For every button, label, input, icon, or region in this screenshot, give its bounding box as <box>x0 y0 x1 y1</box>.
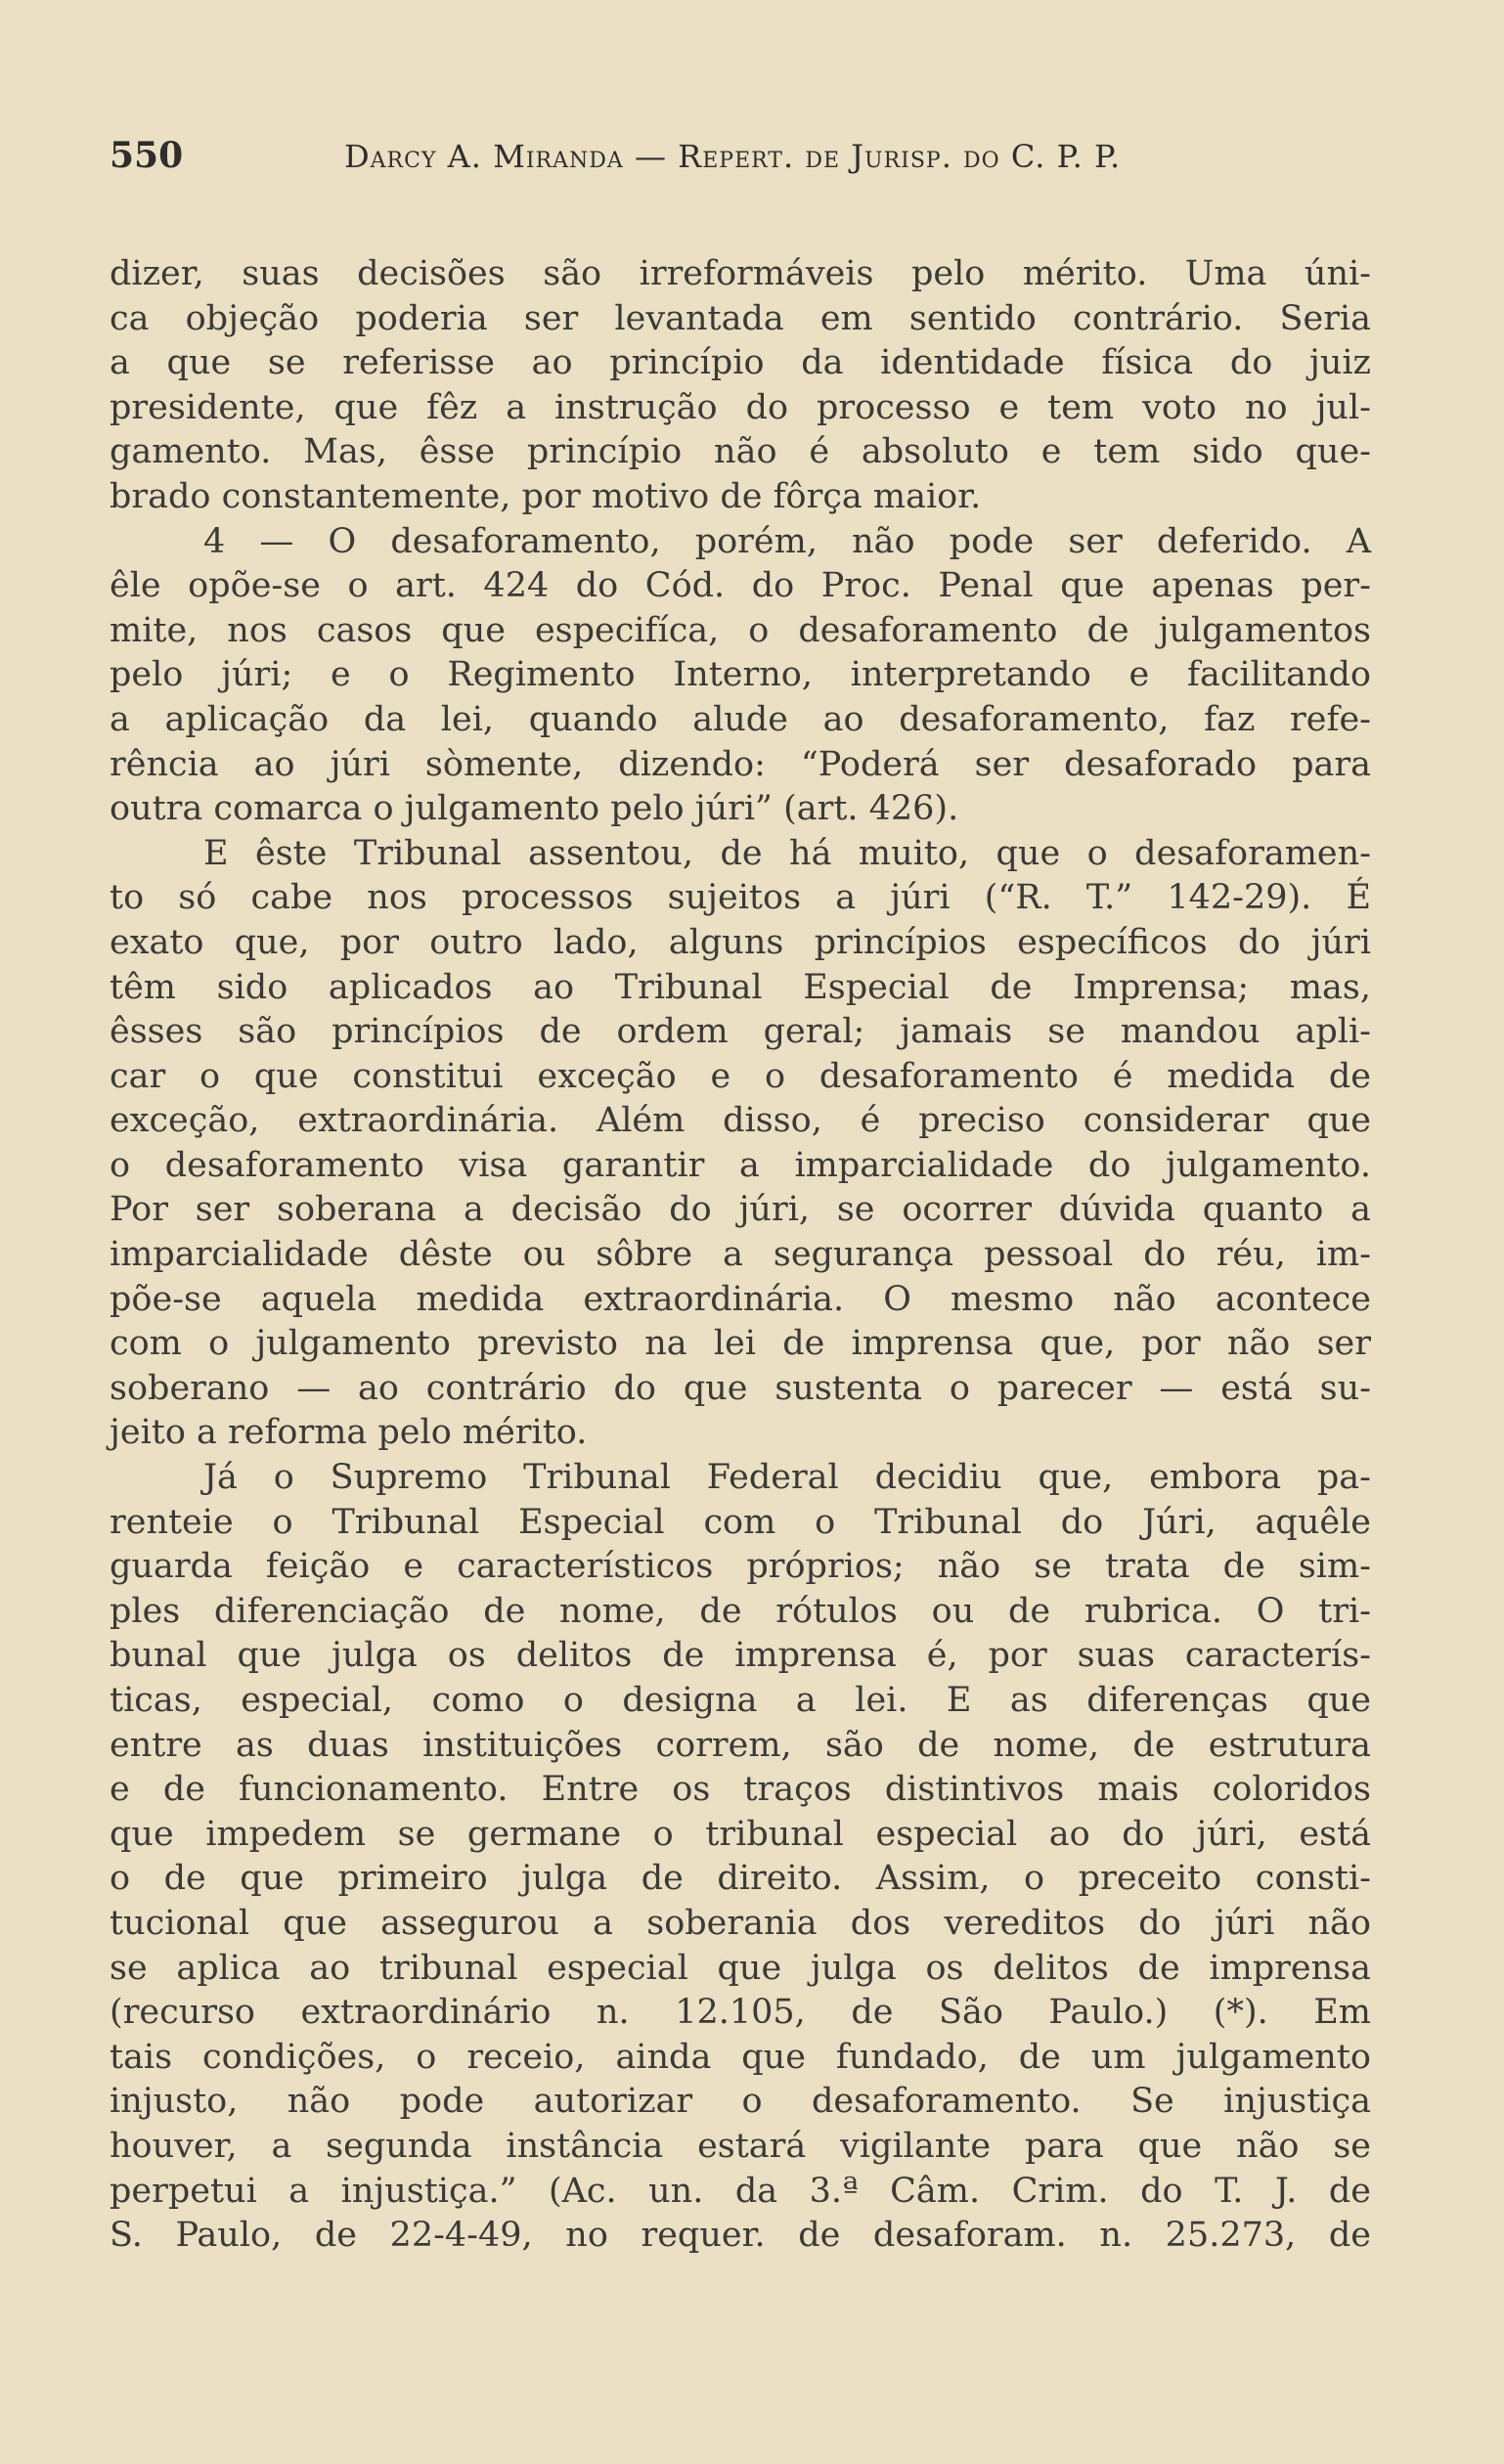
text-line: êle opõe-se o art. 424 do Cód. do Proc. … <box>110 564 1371 609</box>
text-line: S. Paulo, de 22-4-49, no requer. de desa… <box>110 2214 1371 2259</box>
text-line: guarda feição e característicos próprios… <box>110 1545 1371 1590</box>
text-line: a que se referisse ao princípio da ident… <box>110 341 1371 386</box>
text-line: têm sido aplicados ao Tribunal Especial … <box>110 966 1371 1011</box>
page-body: dizer, suas decisões são irreformáveis p… <box>110 252 1371 2259</box>
text-line: gamento. Mas, êsse princípio não é absol… <box>110 430 1371 475</box>
text-line: que impedem se germane o tribunal especi… <box>110 1813 1371 1858</box>
text-line: jeito a reforma pelo mérito. <box>110 1411 1371 1456</box>
text-line: Por ser soberana a decisão do júri, se o… <box>110 1188 1371 1233</box>
text-line: renteie o Tribunal Especial com o Tribun… <box>110 1501 1371 1546</box>
text-line: com o julgamento previsto na lei de impr… <box>110 1322 1371 1367</box>
text-line: outra comarca o julgamento pelo júri” (a… <box>110 787 1371 832</box>
text-line: se aplica ao tribunal especial que julga… <box>110 1947 1371 1992</box>
paragraph: dizer, suas decisões são irreformáveis p… <box>110 252 1371 520</box>
text-line: injusto, não pode autorizar o desaforame… <box>110 2080 1371 2125</box>
text-line: exceção, extraordinária. Além disso, é p… <box>110 1099 1371 1144</box>
text-line: tucional que assegurou a soberania dos v… <box>110 1902 1371 1947</box>
paragraph: Já o Supremo Tribunal Federal decidiu qu… <box>110 1456 1371 2259</box>
text-line: presidente, que fêz a instrução do proce… <box>110 386 1371 431</box>
text-line: Já o Supremo Tribunal Federal decidiu qu… <box>110 1456 1371 1501</box>
text-line: perpetui a injustiça.” (Ac. un. da 3.ª C… <box>110 2170 1371 2215</box>
page-number: 550 <box>110 135 344 176</box>
text-line: e de funcionamento. Entre os traços dist… <box>110 1768 1371 1813</box>
text-line: êsses são princípios de ordem geral; jam… <box>110 1010 1371 1055</box>
text-line: ca objeção poderia ser levantada em sent… <box>110 297 1371 342</box>
text-line: ples diferenciação de nome, de rótulos o… <box>110 1590 1371 1635</box>
text-line: tais condições, o receio, ainda que fund… <box>110 2036 1371 2081</box>
paragraph: 4 — O desaforamento, porém, não pode ser… <box>110 520 1371 832</box>
text-line: car o que constitui exceção e o desafora… <box>110 1055 1371 1100</box>
text-line: (recurso extraordinário n. 12.105, de Sã… <box>110 1991 1371 2036</box>
text-line: entre as duas instituições correm, são d… <box>110 1724 1371 1769</box>
text-line: põe-se aquela medida extraordinária. O m… <box>110 1278 1371 1323</box>
text-line: o de que primeiro julga de direito. Assi… <box>110 1857 1371 1902</box>
text-line: E êste Tribunal assentou, de há muito, q… <box>110 832 1371 877</box>
text-line: rência ao júri sòmente, dizendo: “Poderá… <box>110 743 1371 788</box>
text-line: dizer, suas decisões são irreformáveis p… <box>110 252 1371 297</box>
text-line: 4 — O desaforamento, porém, não pode ser… <box>110 520 1371 565</box>
text-line: a aplicação da lei, quando alude ao desa… <box>110 698 1371 743</box>
paragraph: E êste Tribunal assentou, de há muito, q… <box>110 832 1371 1456</box>
text-line: exato que, por outro lado, alguns princí… <box>110 921 1371 966</box>
text-line: pelo júri; e o Regimento Interno, interp… <box>110 653 1371 698</box>
text-line: brado constantemente, por motivo de fôrç… <box>110 475 1371 520</box>
running-title: Darcy A. Miranda — Repert. de Jurisp. do… <box>344 138 1121 175</box>
text-line: houver, a segunda instância estará vigil… <box>110 2125 1371 2170</box>
text-line: bunal que julga os delitos de imprensa é… <box>110 1634 1371 1679</box>
book-page: 550 Darcy A. Miranda — Repert. de Jurisp… <box>110 135 1371 2259</box>
text-line: o desaforamento visa garantir a imparcia… <box>110 1144 1371 1189</box>
running-head: 550 Darcy A. Miranda — Repert. de Jurisp… <box>110 135 1371 194</box>
text-line: to só cabe nos processos sujeitos a júri… <box>110 876 1371 921</box>
text-line: mite, nos casos que especifíca, o desafo… <box>110 609 1371 654</box>
text-line: imparcialidade dêste ou sôbre a seguranç… <box>110 1233 1371 1278</box>
text-line: soberano — ao contrário do que sustenta … <box>110 1367 1371 1412</box>
text-line: ticas, especial, como o designa a lei. E… <box>110 1679 1371 1724</box>
